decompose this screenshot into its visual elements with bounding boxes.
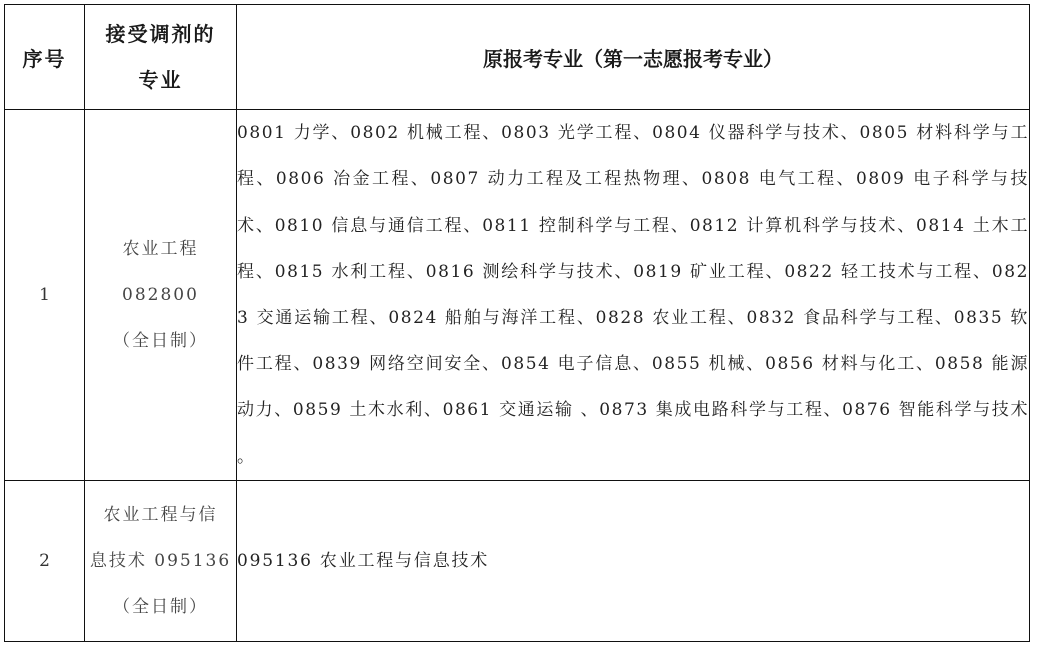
original-majors-text: 0801 力学、0802 机械工程、0803 光学工程、0804 仪器科学与技术… <box>237 110 1029 480</box>
original-majors-cell: 095136 农业工程与信息技术 <box>237 481 1030 642</box>
table-header-row: 序号 接受调剂的 专业 原报考专业（第一志愿报考专业） <box>5 5 1030 110</box>
table-row: 1 农业工程 082800 （全日制） 0801 力学、0802 机械工程、08… <box>5 110 1030 481</box>
accepted-major-name-line2: 息技术 095136 <box>85 538 236 584</box>
accepted-major-name-line1: 农业工程与信 <box>85 492 236 538</box>
accepted-major-mode: （全日制） <box>85 318 236 364</box>
table-row: 2 农业工程与信 息技术 095136 （全日制） 095136 农业工程与信息… <box>5 481 1030 642</box>
accepted-major-code: 082800 <box>85 272 236 318</box>
row-seq: 1 <box>5 110 85 481</box>
accepted-major-name: 农业工程 <box>85 226 236 272</box>
header-accepted-major-line2: 专业 <box>85 57 236 103</box>
accepted-major-cell: 农业工程与信 息技术 095136 （全日制） <box>85 481 237 642</box>
accepted-major-mode: （全日制） <box>85 584 236 630</box>
accepted-major-cell: 农业工程 082800 （全日制） <box>85 110 237 481</box>
original-majors-text: 095136 农业工程与信息技术 <box>237 538 1029 584</box>
original-majors-cell: 0801 力学、0802 机械工程、0803 光学工程、0804 仪器科学与技术… <box>237 110 1030 481</box>
header-seq: 序号 <box>5 5 85 110</box>
header-accepted-major-line1: 接受调剂的 <box>85 11 236 57</box>
row-seq: 2 <box>5 481 85 642</box>
header-accepted-major: 接受调剂的 专业 <box>85 5 237 110</box>
header-original-major: 原报考专业（第一志愿报考专业） <box>237 5 1030 110</box>
adjustment-majors-table: 序号 接受调剂的 专业 原报考专业（第一志愿报考专业） 1 农业工程 08280… <box>4 4 1030 642</box>
